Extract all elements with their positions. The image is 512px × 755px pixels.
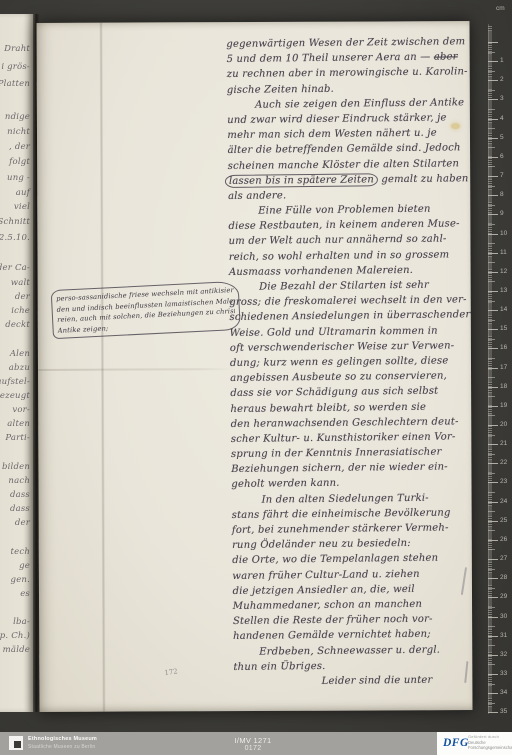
handwriting-fragment: ndige — [5, 112, 30, 122]
ruler-number: 19 — [500, 403, 512, 410]
handwriting-line: reich, so wohl erhalten und in so grosse… — [229, 247, 475, 265]
ruler-number: 30 — [500, 614, 512, 621]
handwriting-fragment: tech — [11, 547, 30, 557]
handwriting-fragment: gezeugt — [0, 391, 30, 401]
handwriting-fragment: dass — [10, 490, 30, 500]
pencil-sheet-number: 172 — [164, 667, 178, 677]
handwriting-fragment: abzu — [9, 363, 30, 373]
handwriting-fragment: folgt — [9, 157, 30, 167]
ruler-number: 24 — [500, 499, 512, 506]
handwriting-fragment: nicht — [7, 127, 30, 137]
handwriting-fragment: Platten — [0, 79, 30, 89]
handwriting-line: zu rechnen aber in merowingische u. Karo… — [227, 65, 473, 83]
vertical-fold-crease — [99, 23, 105, 712]
handwriting-fragment: deckt — [5, 320, 30, 330]
dfg-funded-by-label: Gefördert durch — [468, 734, 499, 739]
margin-note-text: perso-sassanidische friese wechseln mit … — [56, 285, 236, 336]
sheet-number: 0172 — [210, 745, 296, 752]
manuscript-page: perso-sassanidische friese wechseln mit … — [36, 21, 472, 712]
handwriting-fragment: , der — [9, 142, 30, 152]
handwriting-line: angebissen Ausbeute so zu conservieren, — [230, 368, 476, 386]
ruler-number: 7 — [500, 173, 512, 180]
ruler-number: 14 — [500, 307, 512, 314]
ruler-number: 21 — [500, 441, 512, 448]
ruler-number: 29 — [500, 594, 512, 601]
ruler-number: 3 — [500, 96, 512, 103]
ruler-number: 26 — [500, 537, 512, 544]
ruler-number: 25 — [500, 518, 512, 525]
ruler-number: 20 — [500, 422, 512, 429]
museum-name: Ethnologisches Museum — [28, 736, 97, 742]
ruler-number: 6 — [500, 154, 512, 161]
ruler-number: 4 — [500, 116, 512, 123]
handwriting-fragment: iche — [11, 306, 30, 316]
scan-viewport: Drahti grös-Plattenndigenicht, derfolgtu… — [0, 0, 512, 755]
handwriting-line: Leider sind die unter — [234, 672, 480, 690]
handwriting-fragment: der — [15, 518, 30, 528]
ruler-number: 27 — [500, 556, 512, 563]
ruler-number: 2 — [500, 77, 512, 84]
footer-bar: Ethnologisches Museum Staatliche Museen … — [0, 732, 512, 755]
ruler-number: 35 — [500, 709, 512, 716]
ruler-number: 5 — [500, 135, 512, 142]
ruler: cm 1234567891011121314151617181920212223… — [478, 0, 512, 730]
handwriting-fragment: 22.5.10. — [0, 233, 30, 243]
handwriting-fragment: alten — [7, 419, 30, 429]
ruler-number: 1 — [500, 58, 512, 65]
ruler-number: 10 — [500, 231, 512, 238]
dfg-name: Deutsche Forschungsgemeinschaft — [468, 740, 512, 750]
dfg-logo-box: Gefördert durch DFG Deutsche Forschungsg… — [437, 732, 512, 755]
handwriting-line: lassen bis in spätere Zeiten gemalt zu h… — [228, 171, 474, 189]
handwriting-fragment: viel — [14, 202, 30, 212]
handwriting-fragment: lba- — [13, 617, 30, 627]
circled-phrase: lassen bis in spätere Zeiten — [225, 173, 378, 188]
museum-org: Staatliche Museen zu Berlin — [28, 744, 95, 750]
handwriting-fragment: Draht — [4, 44, 30, 54]
ruler-number: 12 — [500, 269, 512, 276]
handwriting-fragment: walt — [11, 278, 30, 288]
handwriting-fragment: nach — [8, 476, 30, 486]
handwriting-segment: 5 und dem 10 Theil unserer Aera an — — [226, 52, 433, 65]
handwriting-fragment: Parti- — [5, 433, 30, 443]
handwriting-fragment: Schnitt — [0, 217, 30, 227]
handwriting-fragment: aufstel- — [0, 377, 30, 387]
handwriting-fragment: ge — [19, 561, 30, 571]
ruler-number: 16 — [500, 345, 512, 352]
previous-page-edge: Drahti grös-Plattenndigenicht, derfolgtu… — [0, 14, 33, 712]
dfg-acronym: DFG — [443, 737, 469, 749]
ruler-number: 15 — [500, 326, 512, 333]
ruler-number: 18 — [500, 384, 512, 391]
ruler-number: 28 — [500, 575, 512, 582]
handwriting-fragment: bilden — [2, 462, 30, 472]
handwriting-fragment: p. Ch.) — [0, 631, 30, 641]
museum-logo-icon — [9, 736, 23, 750]
struck-word: aber — [434, 52, 458, 63]
ruler-number: 31 — [500, 633, 512, 640]
ruler-number: 17 — [500, 365, 512, 372]
ruler-number: 23 — [500, 479, 512, 486]
ruler-number: 9 — [500, 211, 512, 218]
ruler-number: 22 — [500, 460, 512, 467]
handwriting-fragment: es — [20, 589, 30, 599]
handwriting-fragment: i grös- — [1, 62, 30, 72]
handwriting-fragment: mälde — [3, 645, 30, 655]
handwriting-fragment: Alen — [10, 349, 30, 359]
ruler-number: 11 — [500, 250, 512, 257]
handwriting-text: gegenwärtigen Wesen der Zeit zwischen de… — [226, 34, 479, 690]
handwriting-line: fort, bei zunehmender stärkerer Vermeh- — [232, 520, 478, 538]
handwriting-fragment: auf — [16, 188, 30, 198]
ruler-unit-label: cm — [496, 5, 505, 12]
horizontal-fold-crease — [38, 368, 234, 371]
handwriting-fragment: der Ca- — [0, 263, 30, 273]
ruler-number: 33 — [500, 671, 512, 678]
inventory-id: I/MV 1271 — [210, 736, 296, 745]
paper-stain — [451, 123, 460, 129]
ruler-number: 8 — [500, 192, 512, 199]
handwriting-fragment: dass — [10, 504, 30, 514]
handwriting-segment: gemalt zu haben — [378, 173, 469, 185]
handwriting-fragment: der — [15, 292, 30, 302]
ruler-number: 34 — [500, 690, 512, 697]
handwriting-fragment: gen. — [11, 575, 30, 585]
ruler-number: 13 — [500, 288, 512, 295]
handwriting-fragment: ung - — [7, 173, 30, 183]
handwriting-fragment: vor- — [12, 405, 30, 415]
margin-note: perso-sassanidische friese wechseln mit … — [51, 281, 241, 339]
ruler-number: 32 — [500, 652, 512, 659]
handwriting-line: schiedenen Ansiedelungen in überraschend… — [229, 308, 475, 326]
